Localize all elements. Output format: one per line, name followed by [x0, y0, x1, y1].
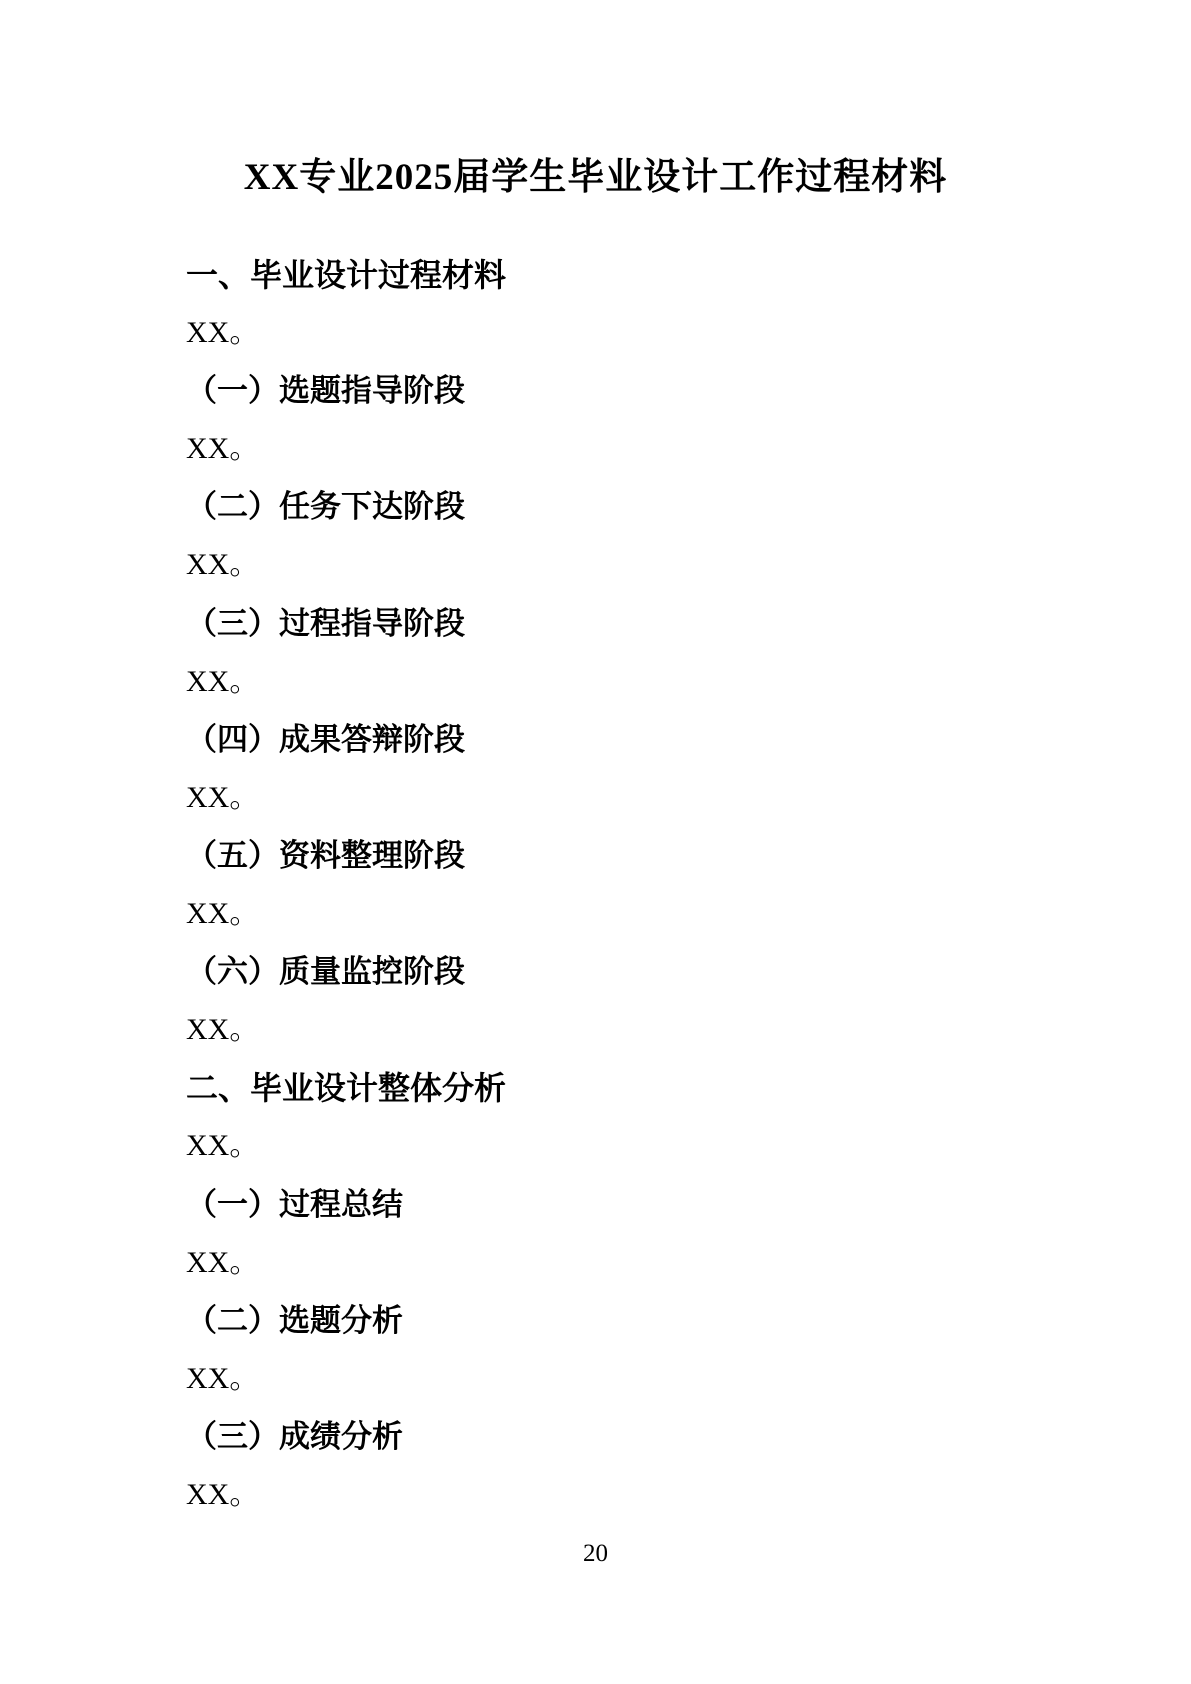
body-paragraph: XX。 — [186, 885, 1041, 943]
subsection-heading: （二）任务下达阶段 — [186, 478, 1041, 536]
subsection-heading: （六）质量监控阶段 — [186, 943, 1041, 1001]
document-body: 一、毕业设计过程材料XX。（一）选题指导阶段XX。（二）任务下达阶段XX。（三）… — [186, 246, 1041, 1524]
body-paragraph: XX。 — [186, 1117, 1041, 1175]
subsection-heading: （一）选题指导阶段 — [186, 362, 1041, 420]
subsection-heading: （三）过程指导阶段 — [186, 595, 1041, 653]
body-paragraph: XX。 — [186, 1350, 1041, 1408]
subsection-heading: （四）成果答辩阶段 — [186, 711, 1041, 769]
subsection-heading: （一）过程总结 — [186, 1176, 1041, 1234]
subsection-heading: （三）成绩分析 — [186, 1408, 1041, 1466]
body-paragraph: XX。 — [186, 304, 1041, 362]
document-page: XX专业2025届学生毕业设计工作过程材料 一、毕业设计过程材料XX。（一）选题… — [0, 0, 1191, 1684]
subsection-heading: （二）选题分析 — [186, 1292, 1041, 1350]
subsection-heading: （五）资料整理阶段 — [186, 827, 1041, 885]
body-paragraph: XX。 — [186, 1234, 1041, 1292]
section-heading: 二、毕业设计整体分析 — [186, 1059, 1041, 1117]
body-paragraph: XX。 — [186, 769, 1041, 827]
body-paragraph: XX。 — [186, 653, 1041, 711]
document-title: XX专业2025届学生毕业设计工作过程材料 — [0, 150, 1191, 206]
section-heading: 一、毕业设计过程材料 — [186, 246, 1041, 304]
page-number: 20 — [0, 1539, 1191, 1569]
body-paragraph: XX。 — [186, 420, 1041, 478]
body-paragraph: XX。 — [186, 1466, 1041, 1524]
body-paragraph: XX。 — [186, 1001, 1041, 1059]
body-paragraph: XX。 — [186, 536, 1041, 594]
